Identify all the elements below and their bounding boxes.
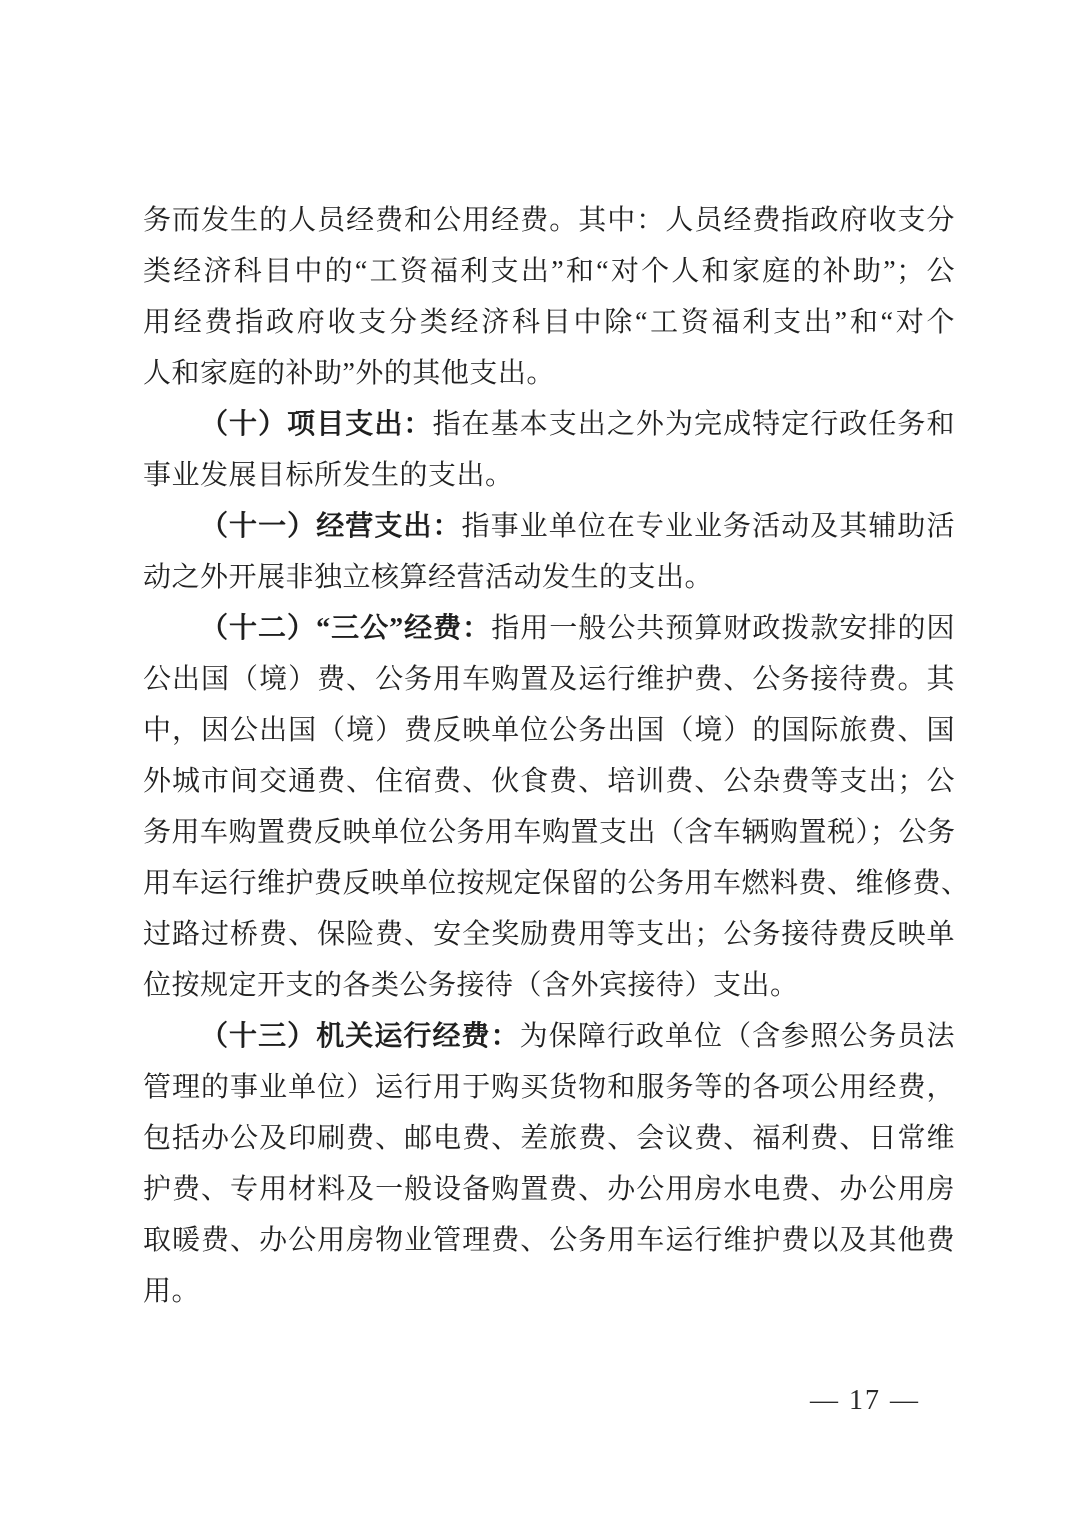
text-line: 人和家庭的补助”外的其他支出。 [143, 348, 955, 399]
text-run: 指事业单位在专业业务活动及其辅助活 [462, 511, 955, 542]
text-run: 用经费指政府收支分类经济科目中除“工资福利支出”和“对个 [143, 307, 955, 338]
text-run: 护费、专用材料及一般设备购置费、办公用房水电费、办公用房 [143, 1174, 955, 1205]
text-line: 类经济科目中的“工资福利支出”和“对个人和家庭的补助”；公 [143, 246, 955, 297]
text-line: 中，因公出国（境）费反映单位公务出国（境）的国际旅费、国 [143, 705, 955, 756]
text-run: 动之外开展非独立核算经营活动发生的支出。 [143, 562, 713, 593]
text-run: 中，因公出国（境）费反映单位公务出国（境）的国际旅费、国 [143, 715, 955, 746]
text-line: 事业发展目标所发生的支出。 [143, 450, 955, 501]
page-footer: — 17 — [810, 1384, 920, 1418]
text-run: 过路过桥费、保险费、安全奖励费用等支出；公务接待费反映单 [143, 919, 955, 950]
text-line: （十三）机关运行经费：为保障行政单位（含参照公务员法 [143, 1011, 955, 1062]
para-item-12-three-public-funds: （十二）“三公”经费：指用一般公共预算财政拨款安排的因公出国（境）费、公务用车购… [143, 603, 955, 1011]
text-run: 务而发生的人员经费和公用经费。其中：人员经费指政府收支分 [143, 205, 955, 236]
term-heading: （十三）机关运行经费： [200, 1021, 520, 1052]
text-line: 公出国（境）费、公务用车购置及运行维护费、公务接待费。其 [143, 654, 955, 705]
text-line: 务用车购置费反映单位公务用车购置支出（含车辆购置税）；公务 [143, 807, 955, 858]
text-line: 动之外开展非独立核算经营活动发生的支出。 [143, 552, 955, 603]
para-item-13-agency-operation-funds: （十三）机关运行经费：为保障行政单位（含参照公务员法管理的事业单位）运行用于购买… [143, 1011, 955, 1317]
text-line: （十一）经营支出：指事业单位在专业业务活动及其辅助活 [143, 501, 955, 552]
text-line: 护费、专用材料及一般设备购置费、办公用房水电费、办公用房 [143, 1164, 955, 1215]
text-run: 人和家庭的补助”外的其他支出。 [143, 358, 555, 389]
text-line: 外城市间交通费、住宿费、伙食费、培训费、公杂费等支出；公 [143, 756, 955, 807]
text-run: 位按规定开支的各类公务接待（含外宾接待）支出。 [143, 970, 799, 1001]
text-run: 公出国（境）费、公务用车购置及运行维护费、公务接待费。其 [143, 664, 955, 695]
document-body: 务而发生的人员经费和公用经费。其中：人员经费指政府收支分类经济科目中的“工资福利… [143, 195, 955, 1317]
text-run: 取暖费、办公用房物业管理费、公务用车运行维护费以及其他费 [143, 1225, 955, 1256]
text-line: 位按规定开支的各类公务接待（含外宾接待）支出。 [143, 960, 955, 1011]
term-heading: （十一）经营支出： [200, 511, 462, 542]
text-line: 用车运行维护费反映单位按规定保留的公务用车燃料费、维修费、 [143, 858, 955, 909]
term-heading: （十二）“三公”经费： [200, 613, 491, 644]
text-line: 取暖费、办公用房物业管理费、公务用车运行维护费以及其他费 [143, 1215, 955, 1266]
text-line: 过路过桥费、保险费、安全奖励费用等支出；公务接待费反映单 [143, 909, 955, 960]
text-run: 管理的事业单位）运行用于购买货物和服务等的各项公用经费， [143, 1072, 955, 1103]
text-line: 用经费指政府收支分类经济科目中除“工资福利支出”和“对个 [143, 297, 955, 348]
text-line: （十）项目支出：指在基本支出之外为完成特定行政任务和 [143, 399, 955, 450]
document-page: 务而发生的人员经费和公用经费。其中：人员经费指政府收支分类经济科目中的“工资福利… [0, 0, 1074, 1520]
text-run: 指用一般公共预算财政拨款安排的因 [491, 613, 955, 644]
page-number: — 17 — [810, 1385, 920, 1416]
para-basic-expenditure-continued: 务而发生的人员经费和公用经费。其中：人员经费指政府收支分类经济科目中的“工资福利… [143, 195, 955, 399]
text-run: 指在基本支出之外为完成特定行政任务和 [432, 409, 955, 440]
text-run: 为保障行政单位（含参照公务员法 [520, 1021, 955, 1052]
text-run: 包括办公及印刷费、邮电费、差旅费、会议费、福利费、日常维 [143, 1123, 955, 1154]
text-run: 事业发展目标所发生的支出。 [143, 460, 514, 491]
para-item-11-operating-expenditure: （十一）经营支出：指事业单位在专业业务活动及其辅助活动之外开展非独立核算经营活动… [143, 501, 955, 603]
text-line: 包括办公及印刷费、邮电费、差旅费、会议费、福利费、日常维 [143, 1113, 955, 1164]
para-item-10-project-expenditure: （十）项目支出：指在基本支出之外为完成特定行政任务和事业发展目标所发生的支出。 [143, 399, 955, 501]
text-run: 类经济科目中的“工资福利支出”和“对个人和家庭的补助”；公 [143, 256, 955, 287]
term-heading: （十）项目支出： [200, 409, 432, 440]
text-run: 用。 [143, 1276, 200, 1307]
text-run: 外城市间交通费、住宿费、伙食费、培训费、公杂费等支出；公 [143, 766, 955, 797]
text-line: 管理的事业单位）运行用于购买货物和服务等的各项公用经费， [143, 1062, 955, 1113]
text-line: （十二）“三公”经费：指用一般公共预算财政拨款安排的因 [143, 603, 955, 654]
text-run: 用车运行维护费反映单位按规定保留的公务用车燃料费、维修费、 [143, 868, 970, 899]
text-run: 务用车购置费反映单位公务用车购置支出（含车辆购置税）；公务 [143, 817, 956, 848]
text-line: 用。 [143, 1266, 955, 1317]
text-line: 务而发生的人员经费和公用经费。其中：人员经费指政府收支分 [143, 195, 955, 246]
